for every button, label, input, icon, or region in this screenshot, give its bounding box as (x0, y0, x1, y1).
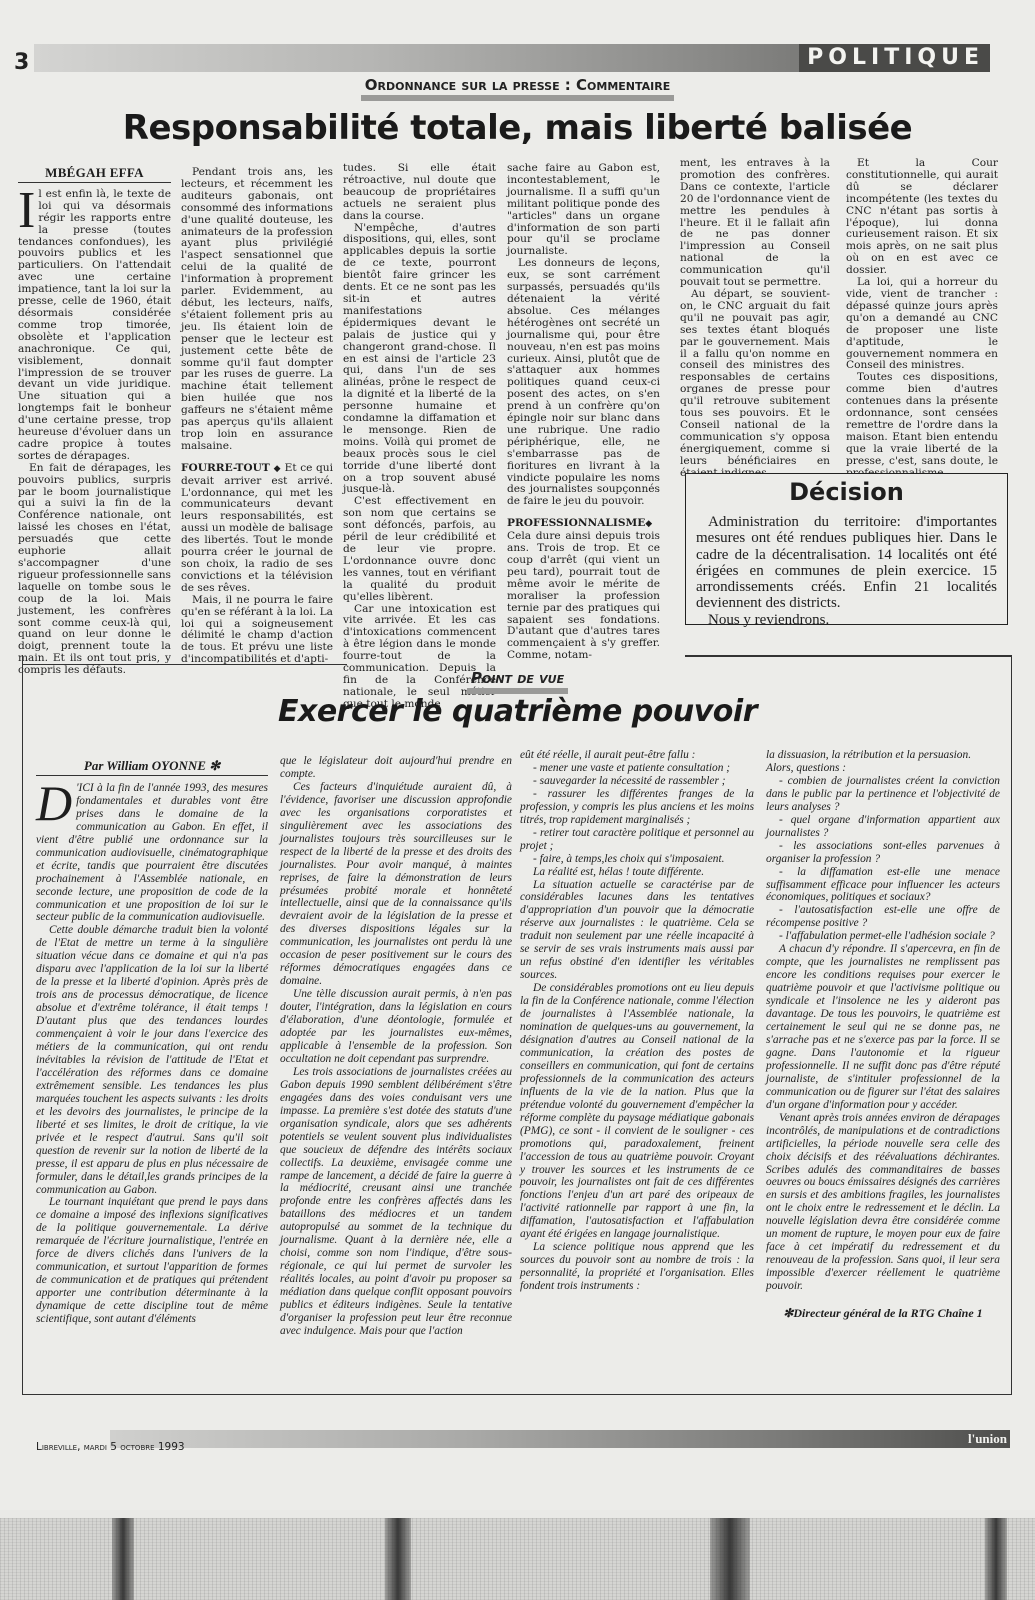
paragraph: l est enfin là, le texte de loi qui va d… (18, 188, 171, 462)
section-rubric-label: POLITIQUE (799, 44, 990, 72)
scan-artifact (710, 1518, 750, 1600)
list-item: - l'affabulation permet-elle l'adhésion … (766, 930, 1000, 943)
footer-band: l'union (110, 1430, 1010, 1448)
page-number: 3 (14, 50, 29, 75)
lower-article-kicker-text: Point de vue (467, 669, 568, 694)
list-item: - les associations sont-elles parvenues … (766, 840, 1000, 866)
top-article-column-2: Pendant trois ans, les lecteurs, et réce… (181, 167, 333, 666)
paragraph: Cela dure ainsi depuis trois ans. Trois … (507, 531, 660, 662)
lower-article-column-2: que le législateur doit aujourd'hui pren… (280, 755, 512, 1338)
paragraph: Le tournant inquiétant que prend le pays… (36, 1196, 268, 1326)
paragraph: Toutes ces dispositions, comme bien d'au… (846, 372, 998, 479)
scan-artifact (985, 1518, 1007, 1600)
paragraph: Pendant trois ans, les lecteurs, et réce… (181, 167, 333, 453)
author-footnote: ✻Directeur général de la RTG Chaîne 1 (766, 1307, 1000, 1320)
diamond-bullet-icon: ◆ (274, 464, 281, 474)
paragraph: La réalité est, hélas ! toute différente… (520, 866, 754, 879)
paragraph: La loi, qui a horreur du vide, vient de … (846, 277, 998, 372)
decision-title: Décision (696, 478, 997, 506)
paragraph: Au départ, se souvient-on, le CNC arguai… (680, 289, 830, 480)
newspaper-page: 3 POLITIQUE Ordonnance sur la presse : C… (0, 0, 1035, 1510)
top-article-headline: Responsabilité totale, mais liberté bali… (0, 108, 1035, 148)
list-item: - sauvegarder la nécessité de rassembler… (520, 775, 754, 788)
paragraph: sache faire au Gabon est, incontestablem… (507, 163, 660, 258)
top-article-column-6: Et la Cour constitutionnelle, qui aurait… (846, 158, 998, 479)
paragraph: Et la Cour constitutionnelle, qui aurait… (846, 158, 998, 277)
paragraph: Les donneurs de leçons, eux, se sont car… (507, 258, 660, 508)
paragraph: que le législateur doit aujourd'hui pren… (280, 755, 512, 781)
top-article-column-3: tudes. Si elle était rétroactive, nul do… (343, 163, 496, 711)
paragraph: C'est effectivement en son nom que certa… (343, 496, 496, 603)
lower-article-byline: Par William OYONNE ✻ (36, 760, 268, 776)
paragraph: De considérables promotions ont eu lieu … (520, 982, 754, 1241)
top-article-column-4: sache faire au Gabon est, incontestablem… (507, 163, 660, 662)
lower-article-column-3: eût été réelle, il aurait peut-être fall… (520, 749, 754, 1293)
top-article-byline: MBÉGAH EFFA (18, 167, 171, 183)
lower-article-column-1: Par William OYONNE ✻ D'ICI à la fin de l… (36, 760, 268, 1326)
paragraph: Cette double démarche traduit bien la vo… (36, 924, 268, 1196)
paragraph: la dissuasion, la rétribution et la pers… (766, 749, 1000, 762)
top-article-column-1: MBÉGAH EFFA Il est enfin là, le texte de… (18, 167, 171, 677)
footer-dateline: Libreville, mardi 5 octobre 1993 (36, 1441, 185, 1453)
paragraph: La situation actuelle se caractérise par… (520, 879, 754, 983)
scan-artifact (385, 1518, 411, 1600)
paragraph: Ces facteurs d'inquiétude auraient dû, à… (280, 781, 512, 988)
list-item: - mener une vaste et patiente consultati… (520, 762, 754, 775)
list-item: - la diffamation est-elle une menace suf… (766, 866, 1000, 905)
paragraph: Nous y reviendrons. (696, 612, 997, 628)
scan-artifact (112, 1518, 134, 1600)
newspaper-brand: l'union (965, 1430, 1010, 1448)
section-rubric-band: POLITIQUE (34, 44, 990, 72)
paragraph: Administration du territoire: d'importan… (696, 514, 997, 612)
lower-article-kicker: Point de vue (0, 669, 1035, 694)
paragraph: tudes. Si elle était rétroactive, nul do… (343, 163, 496, 223)
paragraph: Venant après trois années environ de dér… (766, 1112, 1000, 1293)
paragraph: N'empêche, d'autres dispositions, qui, e… (343, 223, 496, 497)
dropcap-letter: D (36, 784, 72, 822)
scanner-noise-strip (0, 1518, 1035, 1600)
dropcap-letter: I (18, 191, 35, 231)
list-item: - quel organe d'information appartient a… (766, 814, 1000, 840)
lower-article-column-4: la dissuasion, la rétribution et la pers… (766, 749, 1000, 1320)
paragraph: En fait de dérapages, les pouvoirs publi… (18, 463, 171, 677)
paragraph: Une tèlle discussion aurait permis, à n'… (280, 988, 512, 1066)
list-item: - l'autosatisfaction est-elle une offre … (766, 904, 1000, 930)
decision-box: Décision Administration du territoire: d… (685, 473, 1008, 625)
list-item: - combien de journalistes créent la conv… (766, 775, 1000, 814)
diamond-bullet-icon: ◆ (645, 519, 652, 529)
paragraph: Les trois associations de journalistes c… (280, 1066, 512, 1338)
top-article-kicker: Ordonnance sur la presse : Commentaire (0, 76, 1035, 101)
decision-body: Administration du territoire: d'importan… (696, 514, 997, 628)
lower-article-headline: Exercer le quatrième pouvoir (0, 694, 1035, 729)
paragraph: eût été réelle, il aurait peut-être fall… (520, 749, 754, 762)
paragraph: Alors, questions : (766, 762, 1000, 775)
list-item: - faire, à temps,les choix qui s'imposai… (520, 853, 754, 866)
top-article-kicker-text: Ordonnance sur la presse : Commentaire (361, 76, 675, 101)
list-item: - rassurer les différentes franges de la… (520, 788, 754, 827)
list-item: - retirer tout caractère politique et pe… (520, 827, 754, 853)
paragraph: A chacun d'y répondre. Il s'apercevra, e… (766, 943, 1000, 1111)
top-article-column-5: ment, les entraves à la promotion des co… (680, 158, 830, 479)
paragraph: ment, les entraves à la promotion des co… (680, 158, 830, 289)
subhead-fourre-tout: FOURRE-TOUT ◆ Et ce qui devait arriver e… (181, 463, 333, 595)
paragraph: La science politique nous apprend que le… (520, 1241, 754, 1293)
